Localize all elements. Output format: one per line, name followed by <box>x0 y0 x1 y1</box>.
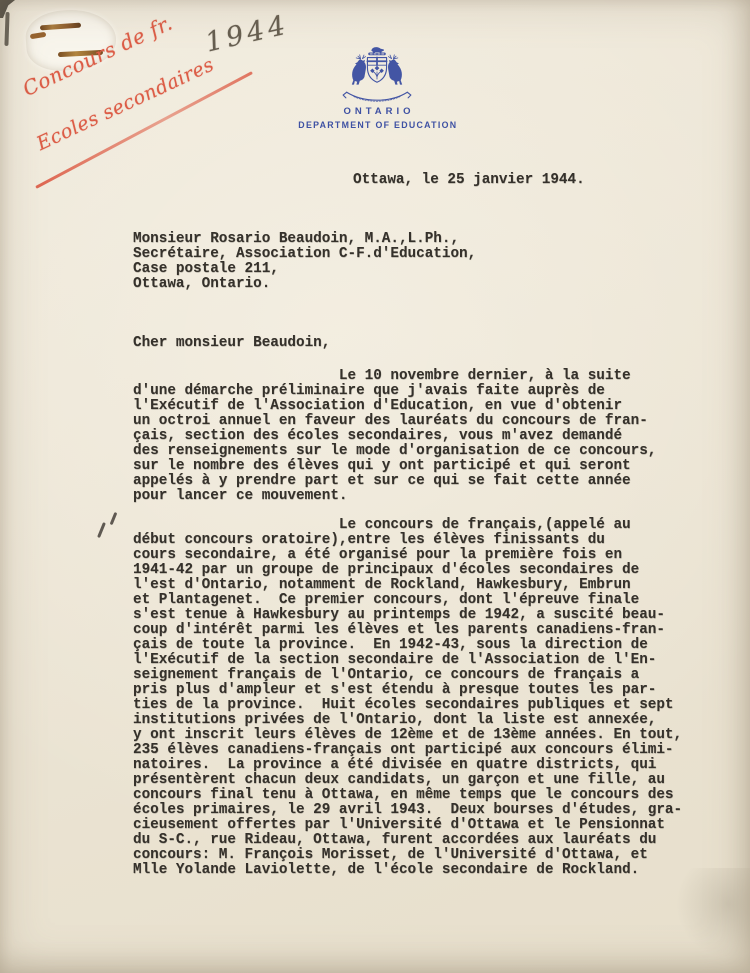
paragraph-1: Le 10 novembre dernier, à la suite d'une… <box>133 369 656 504</box>
scan-smudge <box>676 868 750 958</box>
margin-check-mark <box>97 522 105 538</box>
handwritten-annotation-year: 1944 <box>203 9 293 58</box>
salutation: Cher monsieur Beaudoin, <box>133 336 330 351</box>
scan-edge-mark <box>4 12 9 46</box>
ontario-coat-of-arms-icon <box>337 42 417 109</box>
margin-check-mark <box>110 512 117 525</box>
scanned-letter-page: Concours de fr. Ecoles secondaires 1944 <box>0 0 750 973</box>
recipient-address: Monsieur Rosario Beaudoin, M.A.,L.Ph., S… <box>133 232 476 292</box>
paragraph-2: Le concours de français,(appelé au début… <box>133 518 682 878</box>
letterhead-department: DEPARTMENT OF EDUCATION <box>297 120 457 130</box>
dateline: Ottawa, le 25 janvier 1944. <box>353 173 585 188</box>
letterhead-province: ONTARIO <box>297 106 457 117</box>
